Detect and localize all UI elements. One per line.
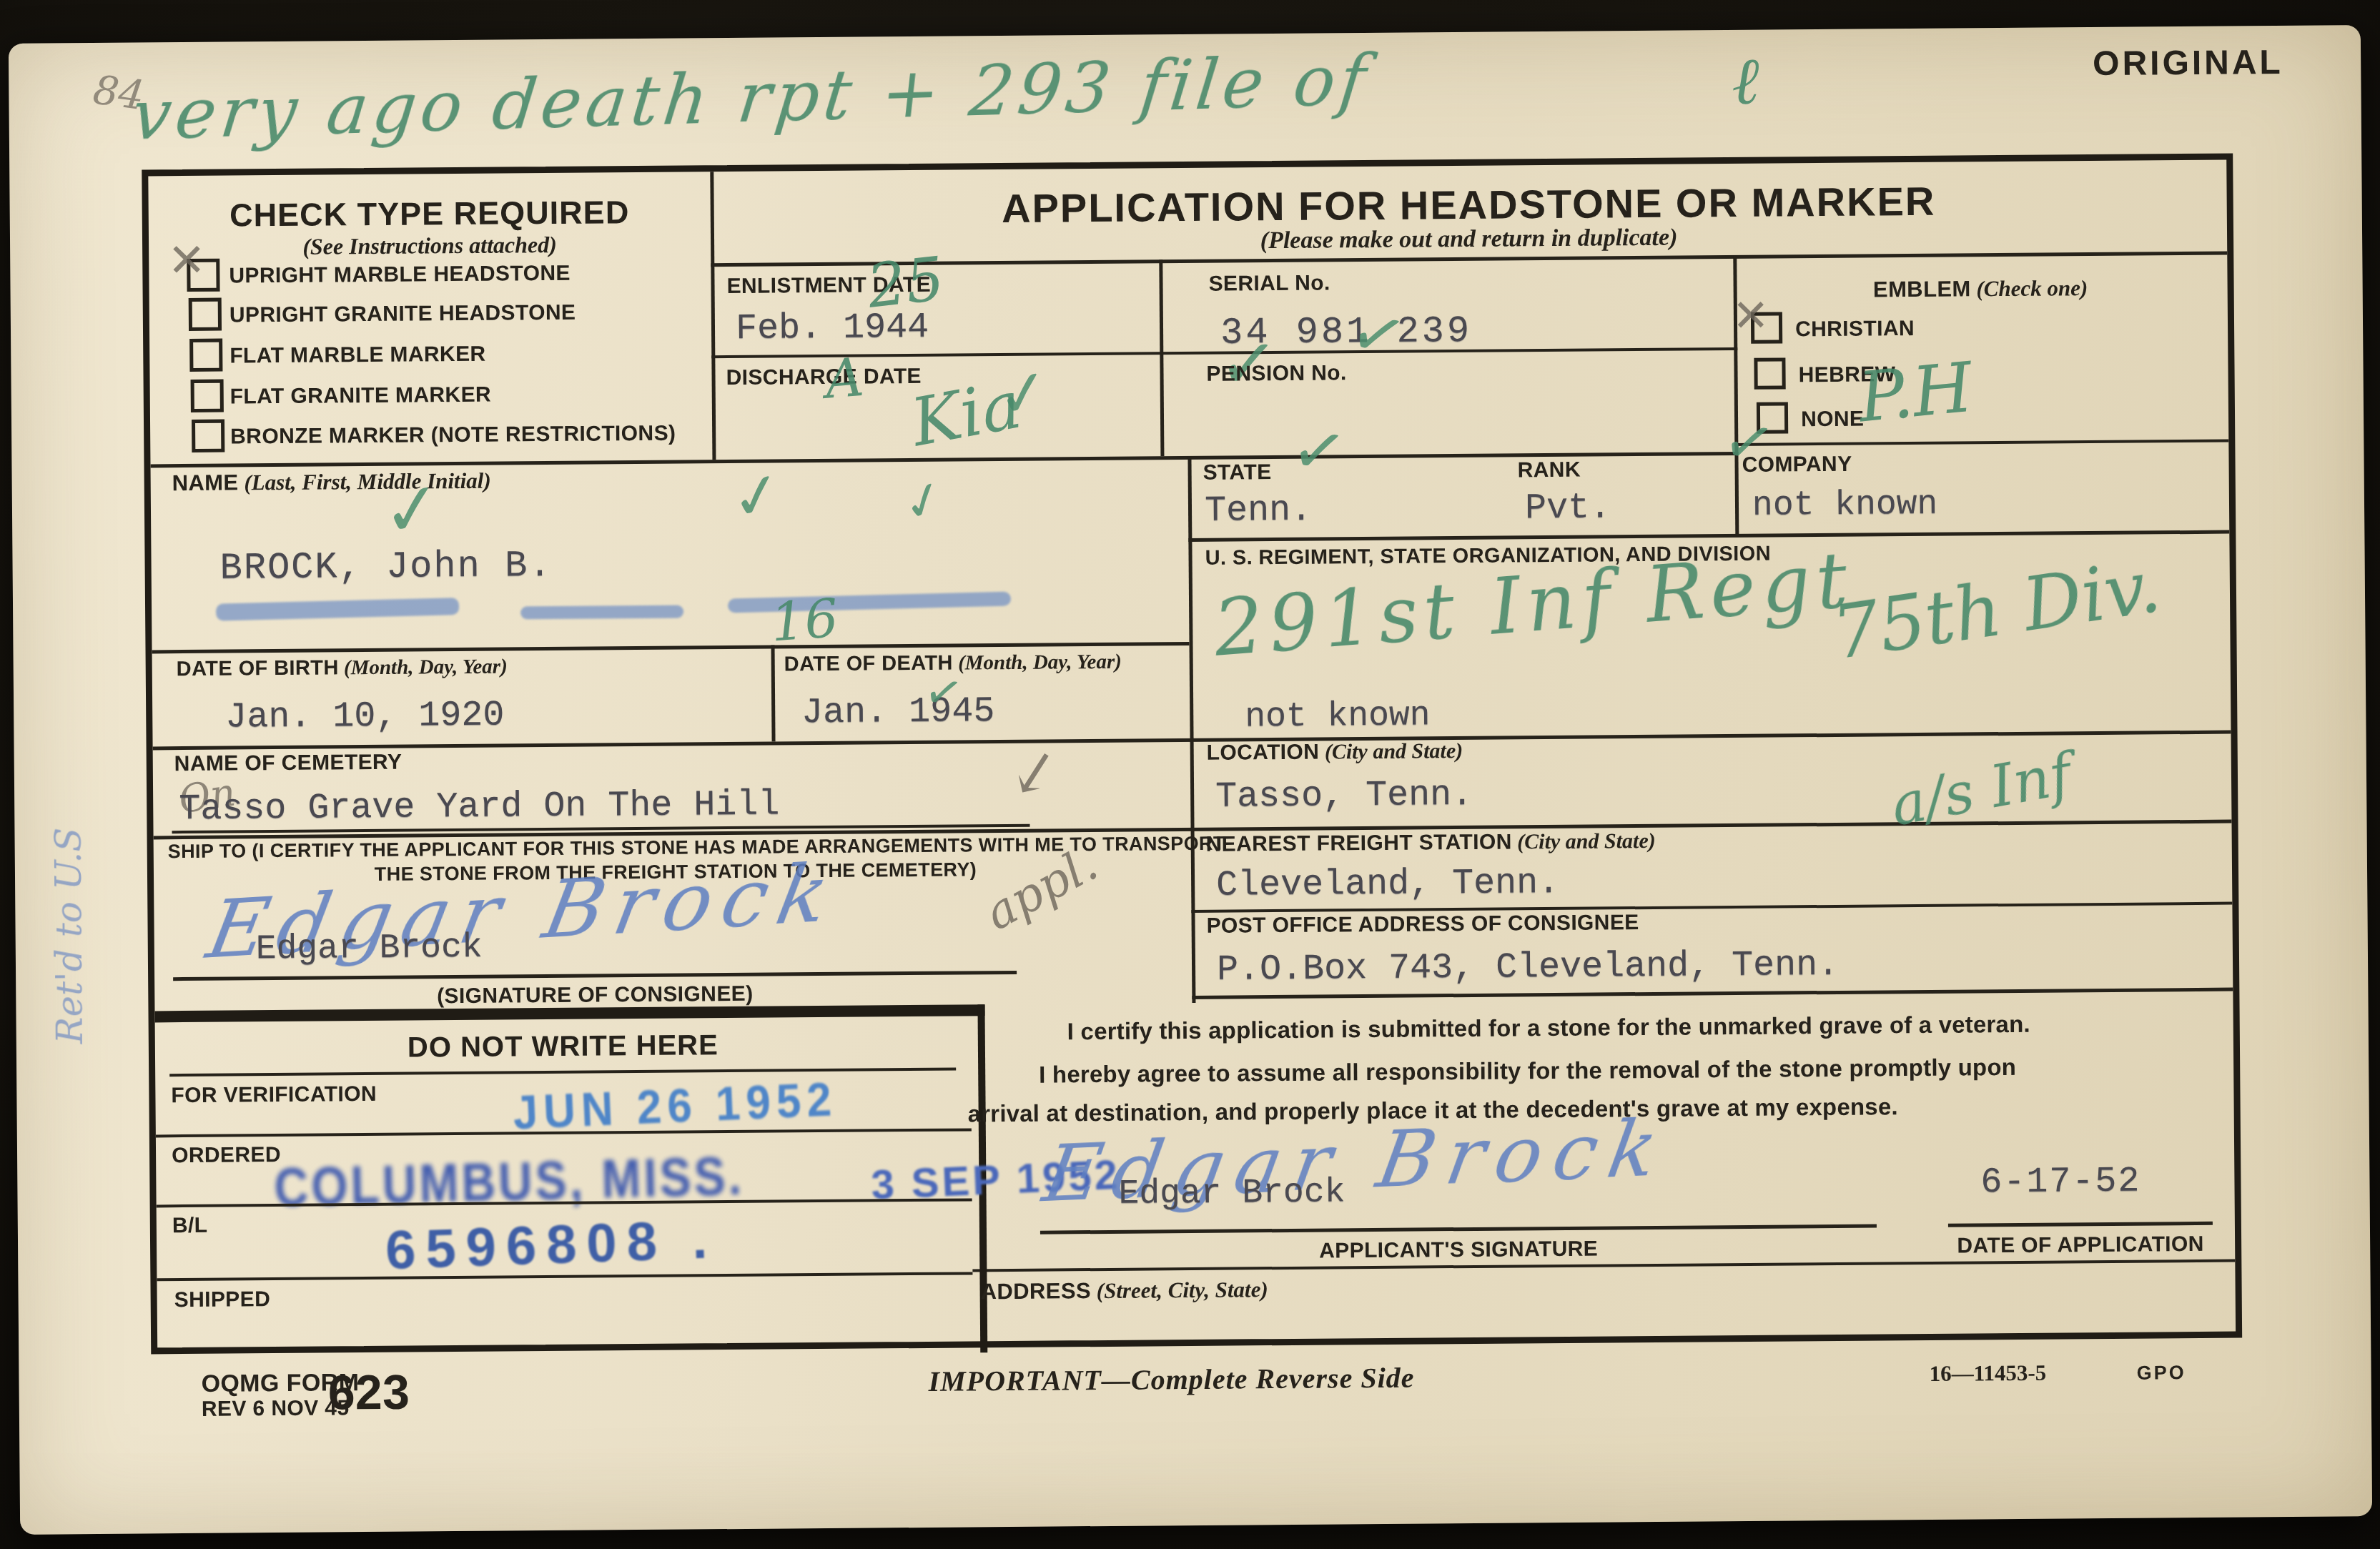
- option-upright-marble: UPRIGHT MARBLE HEADSTONE: [229, 262, 571, 289]
- emblem-label: EMBLEM (Check one): [1734, 274, 2228, 304]
- discharge-kia-annotation: Kia: [906, 366, 1027, 461]
- name-label-text: NAME: [172, 470, 239, 495]
- form-rev: REV 6 NOV 45: [202, 1396, 350, 1422]
- gpo-label: GPO: [2136, 1362, 2186, 1385]
- green-checkmark: ✓: [379, 471, 447, 549]
- rank-label: RANK: [1517, 458, 1581, 483]
- x-mark-christian: ✕: [1732, 289, 1770, 342]
- checkbox-flat-granite: [191, 380, 224, 412]
- freight-label-paren: (City and State): [1517, 829, 1656, 854]
- green-tick-mark: ℓ: [1732, 43, 1759, 119]
- do-not-write-title: DO NOT WRITE HERE: [155, 1027, 971, 1066]
- check-type-title: CHECK TYPE REQUIRED: [149, 193, 711, 234]
- regiment-handwriting-2: 75th Div.: [1827, 544, 2166, 676]
- green-checkmark: ✓: [896, 470, 952, 531]
- enlistment-day-annotation: 25: [864, 243, 947, 321]
- do-not-write-box: DO NOT WRITE HERE FOR VERIFICATION JUN 2…: [154, 1004, 987, 1359]
- freight-value: Cleveland, Tenn.: [1216, 863, 1560, 906]
- green-checkmark: ✓: [726, 462, 788, 532]
- certify-line-1: I certify this application is submitted …: [1067, 1011, 2030, 1046]
- name-value: BROCK, John B.: [219, 545, 552, 590]
- original-label: ORIGINAL: [2093, 43, 2283, 84]
- print-code: 16—11453-5: [1929, 1360, 2046, 1387]
- state-value: Tenn.: [1205, 490, 1312, 532]
- emblem-label-text: EMBLEM: [1873, 276, 1971, 302]
- application-date-label: DATE OF APPLICATION: [1927, 1232, 2234, 1259]
- emblem-option-christian: CHRISTIAN: [1795, 317, 1915, 342]
- applicant-signature-label: APPLICANT'S SIGNATURE: [1040, 1234, 1877, 1265]
- dod-value: Jan. 1945: [801, 691, 994, 733]
- serial-no-label: SERIAL No.: [1208, 271, 1330, 296]
- name-label: NAME (Last, First, Middle Initial): [172, 468, 491, 497]
- emblem-option-none: NONE: [1801, 407, 1865, 432]
- x-mark-upright-marble: ✕: [167, 234, 206, 287]
- option-flat-granite: FLAT GRANITE MARKER: [230, 383, 492, 410]
- location-label-paren: (City and State): [1325, 739, 1463, 764]
- emblem-label-paren: (Check one): [1976, 275, 2088, 301]
- dob-label: DATE OF BIRTH (Month, Day, Year): [177, 655, 508, 681]
- regiment-value: not known: [1245, 696, 1431, 736]
- dob-label-text: DATE OF BIRTH: [177, 656, 339, 681]
- certify-line-2: I hereby agree to assume all responsibil…: [1039, 1054, 2016, 1089]
- bl-label: B/L: [172, 1214, 208, 1238]
- form-border-box: CHECK TYPE REQUIRED (See Instructions at…: [142, 154, 2242, 1355]
- check-type-subtitle: (See Instructions attached): [149, 230, 711, 261]
- consignee-typed-name: Edgar Brock: [256, 929, 483, 969]
- address-label: ADDRESS (Street, City, State): [980, 1277, 1268, 1305]
- name-label-paren: (Last, First, Middle Initial): [244, 468, 491, 495]
- option-flat-marble: FLAT MARBLE MARKER: [229, 342, 486, 369]
- discharge-caret-annotation: A: [823, 347, 866, 411]
- green-checkmark: ✓: [1286, 415, 1351, 489]
- freight-label-text: NEAREST FREIGHT STATION: [1206, 830, 1512, 856]
- checkbox-upright-granite: [189, 298, 222, 331]
- state-label: STATE: [1203, 460, 1271, 485]
- pencil-arrow: ↙: [1002, 732, 1067, 811]
- checkbox-hebrew: [1754, 357, 1785, 389]
- dod-label-paren: (Month, Day, Year): [958, 650, 1122, 675]
- location-label: LOCATION (City and State): [1207, 739, 1463, 766]
- scanned-form-paper: 84 very ago death rpt + 293 file of ℓ OR…: [9, 25, 2372, 1535]
- location-label-text: LOCATION: [1207, 741, 1320, 765]
- option-bronze: BRONZE MARKER (NOTE RESTRICTIONS): [230, 422, 676, 450]
- applicant-typed-name: Edgar Brock: [1118, 1173, 1345, 1213]
- bl-number-stamp: 6596808 .: [385, 1208, 719, 1282]
- top-green-annotation: very ago death rpt + 293 file of: [128, 40, 1374, 156]
- ordered-label: ORDERED: [172, 1143, 281, 1168]
- blue-underline: [520, 605, 683, 620]
- important-note: IMPORTANT—Complete Reverse Side: [928, 1361, 1414, 1398]
- cemetery-value: Tasso Grave Yard On The Hill: [179, 785, 780, 831]
- blue-underline: [216, 598, 459, 621]
- option-upright-granite: UPRIGHT GRANITE HEADSTONE: [229, 301, 576, 328]
- green-checkmark: ✓: [1343, 296, 1413, 374]
- for-verification-label: FOR VERIFICATION: [171, 1082, 377, 1108]
- address-label-text: ADDRESS: [980, 1278, 1091, 1304]
- dob-label-paren: (Month, Day, Year): [344, 655, 508, 679]
- form-number: 623: [327, 1365, 410, 1421]
- death-day-annotation: 16: [769, 588, 841, 654]
- rank-value: Pvt.: [1525, 488, 1611, 529]
- discharge-date-label: DISCHARGE DATE: [726, 365, 922, 390]
- pension-no-label: PENSION No.: [1206, 361, 1346, 387]
- checkbox-bronze: [192, 420, 224, 452]
- freight-label: NEAREST FREIGHT STATION (City and State): [1206, 829, 1656, 857]
- po-address-label: POST OFFICE ADDRESS OF CONSIGNEE: [1206, 911, 1639, 939]
- company-value: not known: [1752, 485, 1938, 525]
- emblem-ph-annotation: P.H: [1855, 347, 1976, 438]
- application-date-value: 6-17-52: [1980, 1162, 2140, 1204]
- ordered-place-stamp: COLUMBUS, MISS.: [273, 1144, 745, 1218]
- address-label-paren: (Street, City, State): [1097, 1277, 1268, 1303]
- dob-value: Jan. 10, 1920: [225, 696, 505, 738]
- margin-note-blue: Ret'd to U.S: [44, 379, 91, 1044]
- location-value: Tasso, Tenn.: [1215, 775, 1473, 818]
- checkbox-flat-marble: [189, 339, 222, 372]
- po-address-value: P.O.Box 743, Cleveland, Tenn.: [1217, 945, 1840, 991]
- shipped-label: SHIPPED: [174, 1287, 271, 1312]
